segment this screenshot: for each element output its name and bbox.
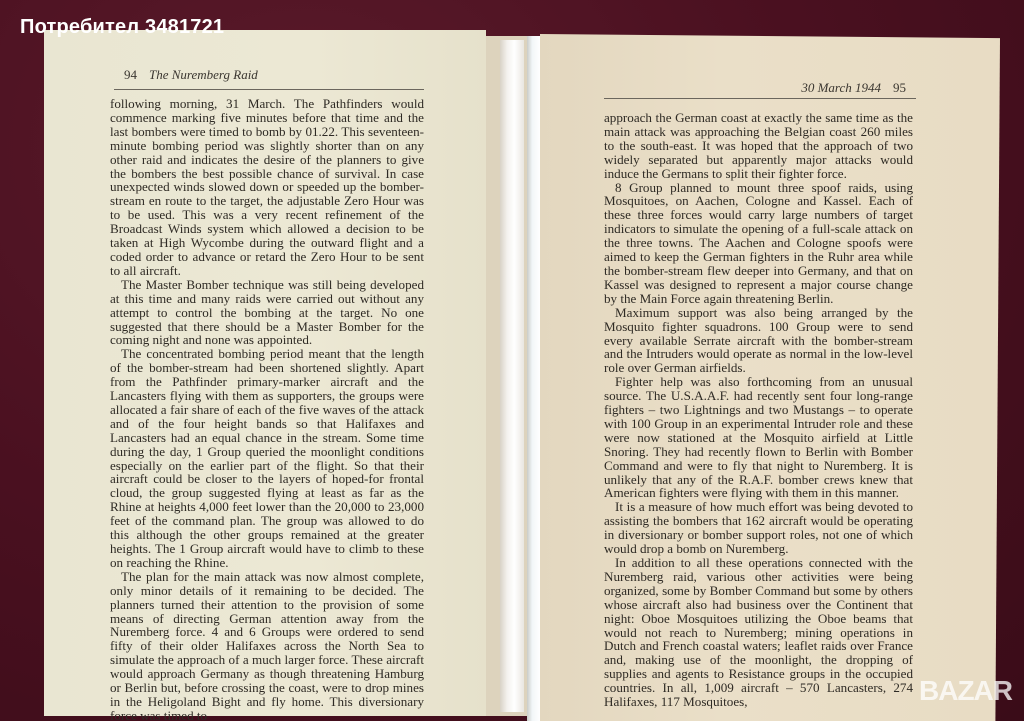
right-page-number: 95 [893,80,906,95]
seller-watermark: Потребител 3481721 [20,16,224,39]
left-running-title: The Nuremberg Raid [149,67,258,82]
left-running-head: 94The Nuremberg Raid [112,67,258,83]
book-spine [500,40,524,712]
paragraph: approach the German coast at exactly the… [604,111,913,181]
page-edge [527,36,540,721]
paragraph: The Master Bomber technique was still be… [110,278,424,348]
paragraph: Maximum support was also being arranged … [604,306,913,376]
left-body-text: following morning, 31 March. The Pathfin… [110,97,424,721]
right-running-title: 30 March 1944 [801,80,881,95]
paragraph: 8 Group planned to mount three spoof rai… [604,181,913,306]
left-header-rule [114,89,424,90]
left-page: 94The Nuremberg Raid following morning, … [44,30,486,716]
paragraph: Fighter help was also forthcoming from a… [604,375,913,500]
right-body-text: approach the German coast at exactly the… [604,111,913,709]
left-page-number: 94 [124,67,137,82]
right-running-head: 30 March 194495 [801,80,918,96]
paragraph: following morning, 31 March. The Pathfin… [110,97,424,278]
paragraph: The plan for the main attack was now alm… [110,570,424,721]
right-header-rule [604,98,916,99]
bazar-logo: BAZAR [919,675,1012,707]
right-page: 30 March 194495 approach the German coas… [540,34,1000,721]
paragraph: In addition to all these operations conn… [604,556,913,709]
paragraph: It is a measure of how much effort was b… [604,500,913,556]
paragraph: The concentrated bombing period meant th… [110,347,424,570]
